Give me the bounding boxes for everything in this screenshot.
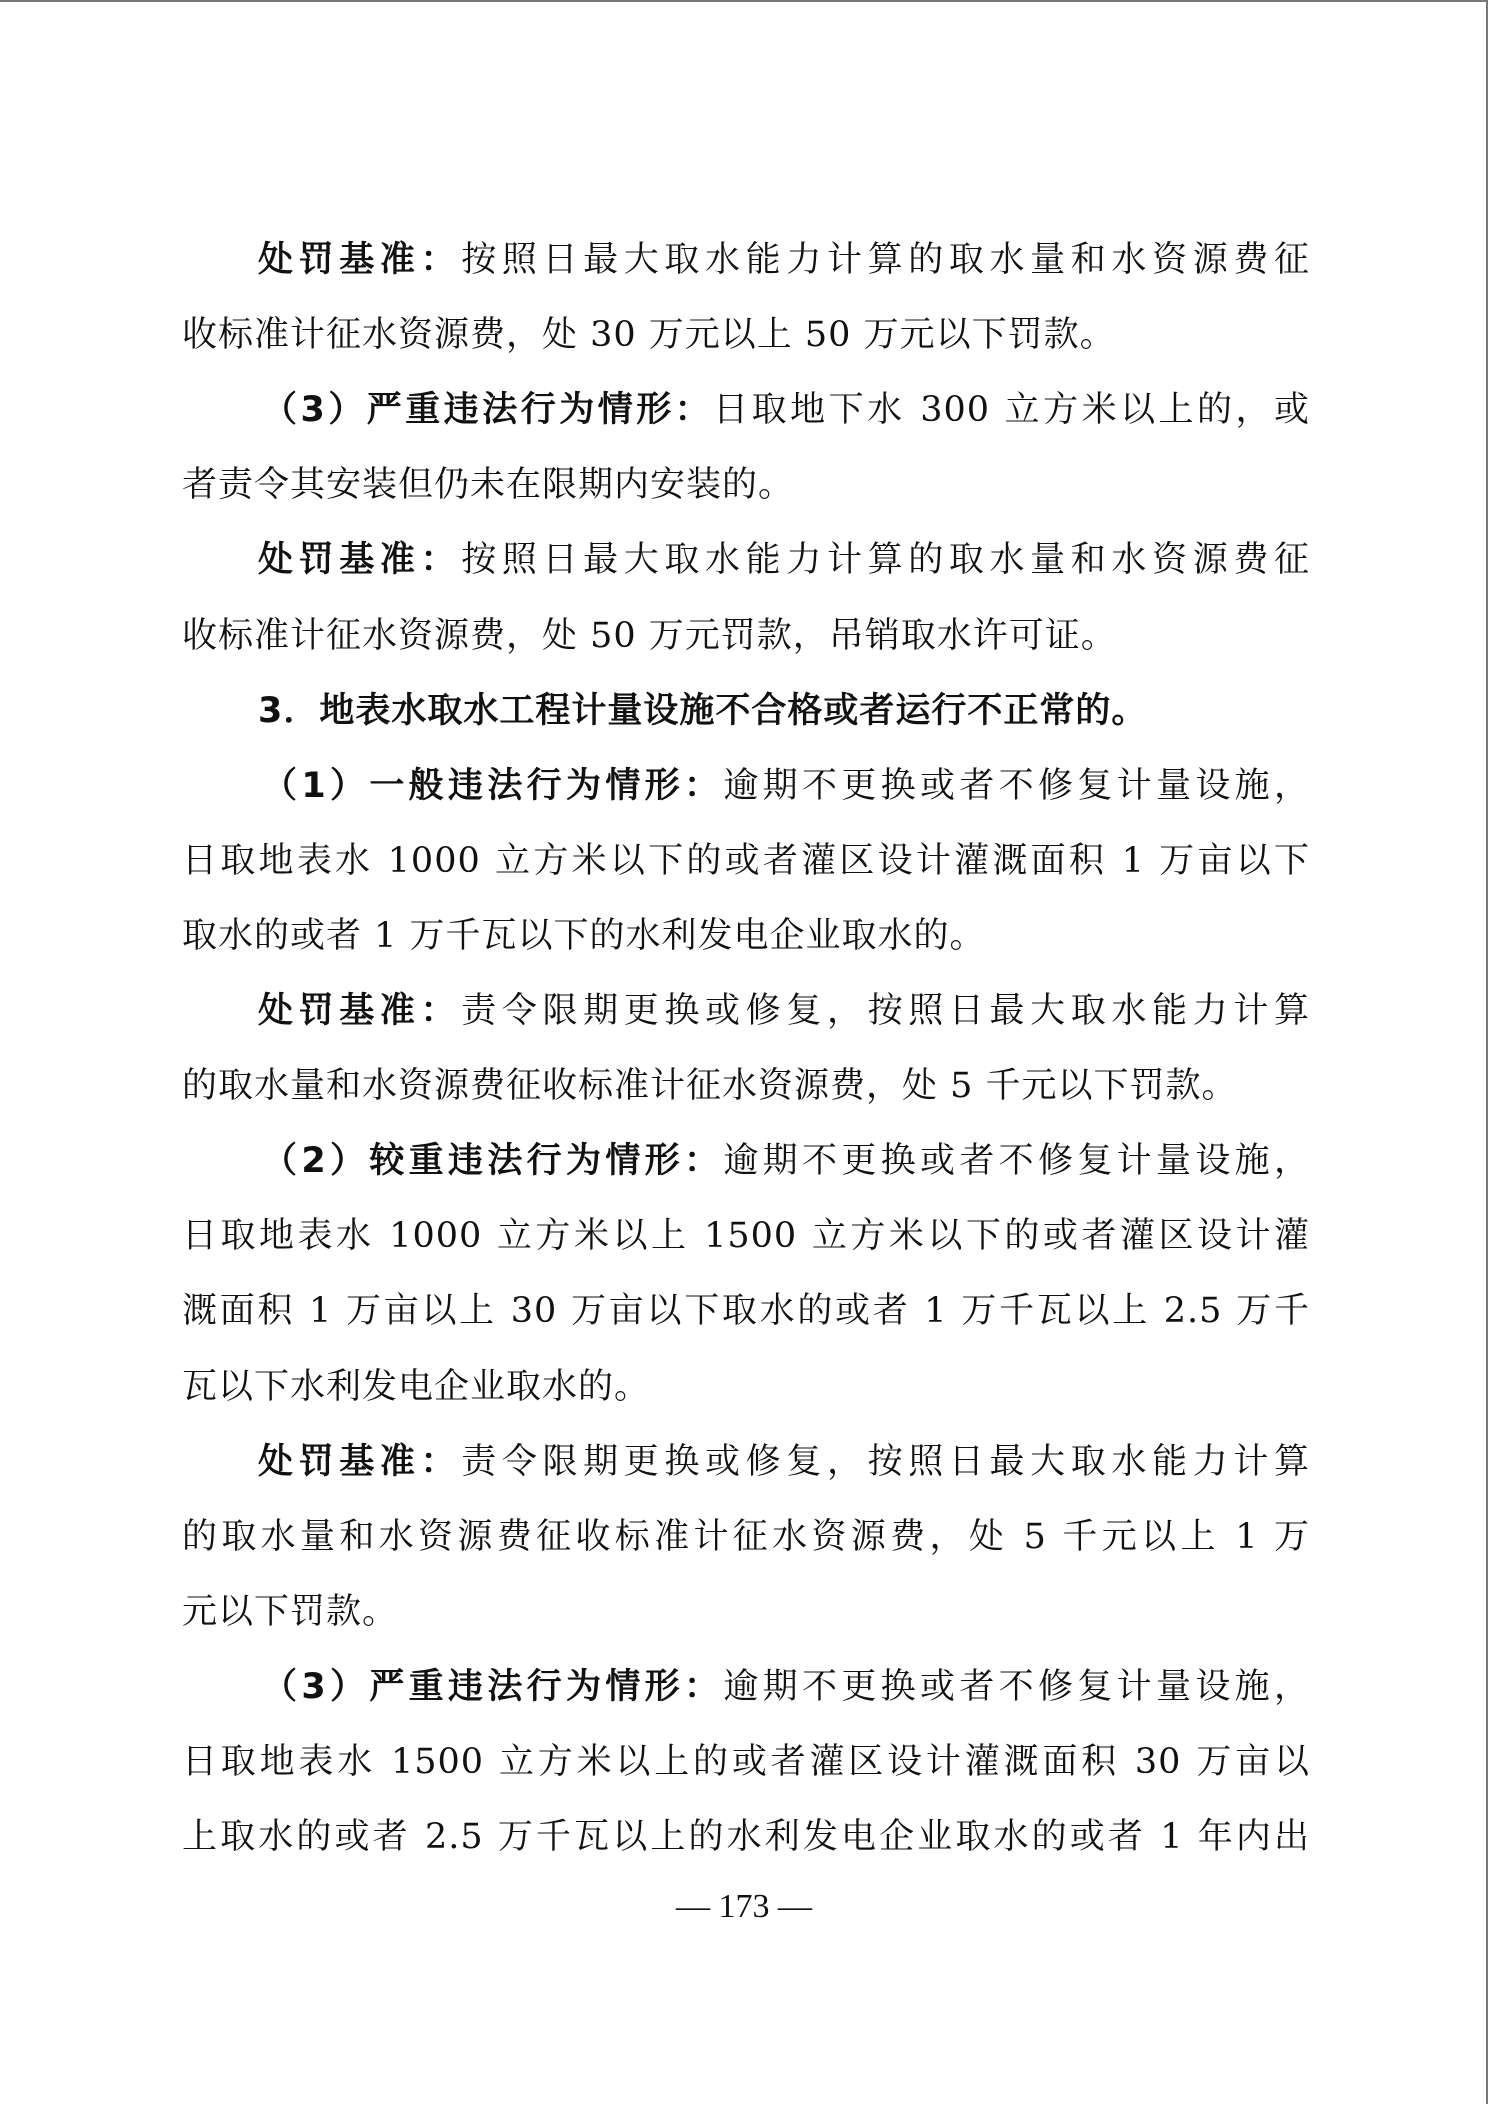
bold-label: （2）较重违法行为情形： [262, 1141, 723, 1181]
bold-label: 3．地表水取水工程计量设施不合格或者运行不正常的。 [258, 691, 1147, 731]
text-line: 3．地表水取水工程计量设施不合格或者运行不正常的。 [258, 674, 1310, 749]
text-line: （3）严重违法行为情形：逾期不更换或者不修复计量设施， [262, 1650, 1310, 1725]
text-line: （3）严重违法行为情形：日取地下水 300 立方米以上的，或 [262, 373, 1310, 448]
bold-label: 处罚基准： [258, 540, 461, 580]
line-text: 的取水量和水资源费征收标准计征水资源费，处 5 千元以下罚款。 [182, 1066, 1238, 1106]
line-text: 元以下罚款。 [182, 1592, 398, 1632]
line-text: 日取地表水 1500 立方米以上的或者灌区设计灌溉面积 30 万亩以 [182, 1742, 1310, 1782]
bold-label: （3）严重违法行为情形： [262, 1667, 723, 1707]
line-text: 按照日最大取水能力计算的取水量和水资源费征 [461, 540, 1310, 580]
line-text: 按照日最大取水能力计算的取水量和水资源费征 [461, 240, 1310, 280]
text-line: 上取水的或者 2.5 万千瓦以上的水利发电企业取水的或者 1 年内出 [182, 1800, 1310, 1875]
text-line: 日取地表水 1000 立方米以上 1500 立方米以下的或者灌区设计灌 [182, 1199, 1310, 1274]
line-text: 逾期不更换或者不修复计量设施， [723, 766, 1310, 806]
text-line: 处罚基准：责令限期更换或修复，按照日最大取水能力计算 [258, 1425, 1310, 1500]
text-line: 收标准计征水资源费，处 50 万元罚款，吊销取水许可证。 [182, 599, 1310, 674]
bold-label: （3）严重违法行为情形： [262, 390, 713, 430]
bold-label: 处罚基准： [258, 240, 461, 280]
page-number: — 173 — [0, 1888, 1488, 1926]
text-line: 的取水量和水资源费征收标准计征水资源费，处 5 千元以上 1 万 [182, 1500, 1310, 1575]
line-text: 收标准计征水资源费，处 50 万元罚款，吊销取水许可证。 [182, 616, 1117, 656]
bold-label: 处罚基准： [258, 1442, 461, 1482]
line-text: 取水的或者 1 万千瓦以下的水利发电企业取水的。 [182, 916, 986, 956]
bold-label: （1）一般违法行为情形： [262, 766, 723, 806]
line-text: 溉面积 1 万亩以上 30 万亩以下取水的或者 1 万千瓦以上 2.5 万千 [182, 1291, 1310, 1331]
line-text: 收标准计征水资源费，处 30 万元以上 50 万元以下罚款。 [182, 315, 1116, 355]
line-text: 瓦以下水利发电企业取水的。 [182, 1367, 650, 1407]
text-line: 日取地表水 1500 立方米以上的或者灌区设计灌溉面积 30 万亩以 [182, 1725, 1310, 1800]
text-line: 者责令其安装但仍未在限期内安装的。 [182, 448, 1310, 523]
line-text: 日取地表水 1000 立方米以上 1500 立方米以下的或者灌区设计灌 [182, 1216, 1310, 1256]
line-text: 的取水量和水资源费征收标准计征水资源费，处 5 千元以上 1 万 [182, 1517, 1310, 1557]
text-line: 处罚基准：按照日最大取水能力计算的取水量和水资源费征 [258, 223, 1310, 298]
text-line: 收标准计征水资源费，处 30 万元以上 50 万元以下罚款。 [182, 298, 1310, 373]
text-line: 的取水量和水资源费征收标准计征水资源费，处 5 千元以下罚款。 [182, 1049, 1310, 1124]
text-line: 取水的或者 1 万千瓦以下的水利发电企业取水的。 [182, 899, 1310, 974]
text-line: 日取地表水 1000 立方米以下的或者灌区设计灌溉面积 1 万亩以下 [182, 824, 1310, 899]
text-line: （2）较重违法行为情形：逾期不更换或者不修复计量设施， [262, 1124, 1310, 1199]
line-text: 责令限期更换或修复，按照日最大取水能力计算 [461, 1442, 1310, 1482]
line-text: 逾期不更换或者不修复计量设施， [723, 1667, 1310, 1707]
line-text: 日取地表水 1000 立方米以下的或者灌区设计灌溉面积 1 万亩以下 [182, 841, 1310, 881]
text-line: 处罚基准：按照日最大取水能力计算的取水量和水资源费征 [258, 523, 1310, 598]
text-line: 瓦以下水利发电企业取水的。 [182, 1350, 1310, 1425]
line-text: 者责令其安装但仍未在限期内安装的。 [182, 465, 794, 505]
line-text: 日取地下水 300 立方米以上的，或 [713, 390, 1310, 430]
line-text: 上取水的或者 2.5 万千瓦以上的水利发电企业取水的或者 1 年内出 [182, 1817, 1310, 1857]
text-line: （1）一般违法行为情形：逾期不更换或者不修复计量设施， [262, 749, 1310, 824]
text-line: 处罚基准：责令限期更换或修复，按照日最大取水能力计算 [258, 974, 1310, 1049]
bold-label: 处罚基准： [258, 991, 461, 1031]
text-line: 溉面积 1 万亩以上 30 万亩以下取水的或者 1 万千瓦以上 2.5 万千 [182, 1274, 1310, 1349]
line-text: 逾期不更换或者不修复计量设施， [723, 1141, 1310, 1181]
text-line: 元以下罚款。 [182, 1575, 1310, 1650]
line-text: 责令限期更换或修复，按照日最大取水能力计算 [461, 991, 1310, 1031]
